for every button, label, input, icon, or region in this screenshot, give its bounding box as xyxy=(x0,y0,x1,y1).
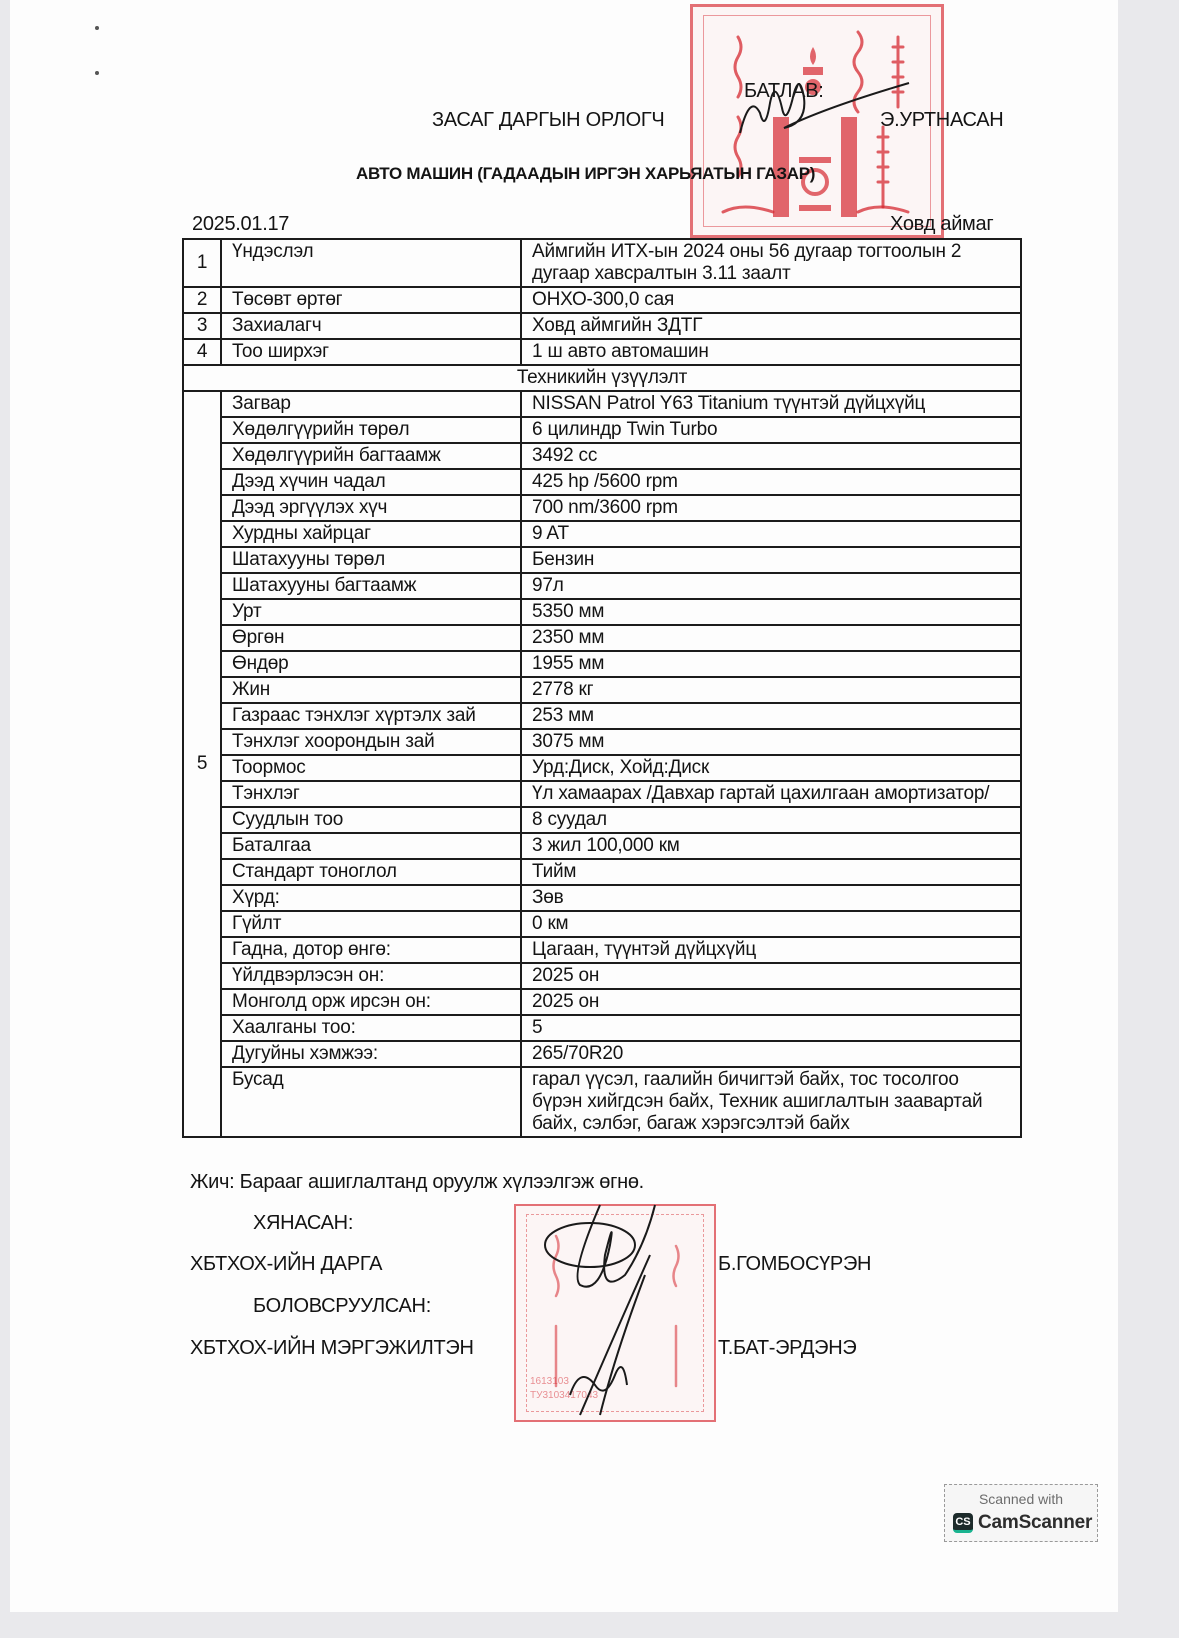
document-date: 2025.01.17 xyxy=(192,213,289,236)
spec-label: Монголд орж ирсэн он: xyxy=(221,989,521,1015)
row-number: 2 xyxy=(183,287,221,313)
table-row: 5ЗагварNISSAN Patrol Y63 Titanium түүнтэ… xyxy=(183,391,1021,417)
table-row: Тэнхлэг хоорондын зай3075 мм xyxy=(183,729,1021,755)
spec-value: 0 км xyxy=(521,911,1021,937)
spec-label: Тэнхлэг хоорондын зай xyxy=(221,729,521,755)
table-row: Дээд эргүүлэх хүч700 nm/3600 rpm xyxy=(183,495,1021,521)
table-row: Бусадгарал үүсэл, гаалийн бичигтэй байх,… xyxy=(183,1067,1021,1137)
preparer-name: Т.БАТ-ЭРДЭНЭ xyxy=(718,1337,856,1360)
watermark-brand: CamScanner xyxy=(978,1512,1092,1534)
row-number: 1 xyxy=(183,239,221,287)
table-row: Хаалганы тоо:5 xyxy=(183,1015,1021,1041)
spec-label: Үйлдвэрлэсэн он: xyxy=(221,963,521,989)
table-row: Гадна, дотор өнгө:Цагаан, түүнтэй дүйцхү… xyxy=(183,937,1021,963)
spec-value: 6 цилиндр Twin Turbo xyxy=(521,417,1021,443)
spec-label: Тоормос xyxy=(221,755,521,781)
spec-value: 5350 мм xyxy=(521,599,1021,625)
spec-label: Бусад xyxy=(221,1067,521,1137)
table-row: Урт5350 мм xyxy=(183,599,1021,625)
spec-value: Бензин xyxy=(521,547,1021,573)
spec-value: 2025 он xyxy=(521,963,1021,989)
table-row: ТоормосУрд:Диск, Хойд:Диск xyxy=(183,755,1021,781)
row-number: 5 xyxy=(183,391,221,1137)
prepared-label: БОЛОВСРУУЛСАН: xyxy=(253,1295,431,1318)
spec-value: 425 hp /5600 rpm xyxy=(521,469,1021,495)
approver-title: ЗАСАГ ДАРГЫН ОРЛОГЧ xyxy=(432,109,664,132)
reviewer-signature-icon xyxy=(530,1195,710,1425)
row-label: Захиалагч xyxy=(221,313,521,339)
table-row: Дээд хүчин чадал425 hp /5600 rpm xyxy=(183,469,1021,495)
preparer-title: ХБТХОХ-ИЙН МЭРГЭЖИЛТЭН xyxy=(190,1337,474,1360)
spec-value: 3492 cc xyxy=(521,443,1021,469)
row-value: 1 ш авто автомашин xyxy=(521,339,1021,365)
spec-label: Баталгаа xyxy=(221,833,521,859)
row-label: Төсөвт өртөг xyxy=(221,287,521,313)
spec-label: Газраас тэнхлэг хүртэлх зай xyxy=(221,703,521,729)
row-value: Ховд аймгийн ЗДТГ xyxy=(521,313,1021,339)
table-row: Баталгаа3 жил 100,000 км xyxy=(183,833,1021,859)
table-row: 3ЗахиалагчХовд аймгийн ЗДТГ xyxy=(183,313,1021,339)
table-row: Стандарт тоноглолТийм xyxy=(183,859,1021,885)
spec-label: Суудлын тоо xyxy=(221,807,521,833)
table-row: Жин2778 кг xyxy=(183,677,1021,703)
spec-label: Дээд эргүүлэх хүч xyxy=(221,495,521,521)
spec-label: Өргөн xyxy=(221,625,521,651)
spec-label: Урт xyxy=(221,599,521,625)
spec-value: 5 xyxy=(521,1015,1021,1041)
table-row: Газраас тэнхлэг хүртэлх зай253 мм xyxy=(183,703,1021,729)
note-text: Жич: Барааг ашиглалтанд оруулж хүлээлгэж… xyxy=(190,1171,644,1194)
spec-value: Тийм xyxy=(521,859,1021,885)
table-row: Дугуйны хэмжээ:265/70R20 xyxy=(183,1041,1021,1067)
spec-label: Жин xyxy=(221,677,521,703)
section-title: Техникийн үзүүлэлт xyxy=(183,365,1021,391)
spec-label: Тэнхлэг xyxy=(221,781,521,807)
spec-value: 1955 мм xyxy=(521,651,1021,677)
watermark-caption: Scanned with xyxy=(945,1491,1097,1507)
spec-value: 700 nm/3600 rpm xyxy=(521,495,1021,521)
table-row: 1ҮндэслэлАймгийн ИТХ-ын 2024 оны 56 дуга… xyxy=(183,239,1021,287)
reviewer-name: Б.ГОМБОСҮРЭН xyxy=(718,1253,871,1276)
table-row: Гүйлт0 км xyxy=(183,911,1021,937)
row-value: Аймгийн ИТХ-ын 2024 оны 56 дугаар тогтоо… xyxy=(521,239,1021,287)
spec-label: Гүйлт xyxy=(221,911,521,937)
table-row: Шатахууны багтаамж97л xyxy=(183,573,1021,599)
spec-value: 97л xyxy=(521,573,1021,599)
spec-label: Шатахууны төрөл xyxy=(221,547,521,573)
spec-label: Гадна, дотор өнгө: xyxy=(221,937,521,963)
reviewed-label: ХЯНАСАН: xyxy=(253,1212,353,1235)
table-row: ТэнхлэгҮл хамаарах /Давхар гартай цахилг… xyxy=(183,781,1021,807)
table-row: Хөдөлгүүрийн төрөл6 цилиндр Twin Turbo xyxy=(183,417,1021,443)
spec-label: Дээд хүчин чадал xyxy=(221,469,521,495)
spec-value: Урд:Диск, Хойд:Диск xyxy=(521,755,1021,781)
spec-value: 9 AT xyxy=(521,521,1021,547)
spec-value: Цагаан, түүнтэй дүйцхүйц xyxy=(521,937,1021,963)
spec-label: Хурдны хайрцаг xyxy=(221,521,521,547)
section-row: Техникийн үзүүлэлт xyxy=(183,365,1021,391)
scan-speck xyxy=(95,26,99,30)
spec-label: Дугуйны хэмжээ: xyxy=(221,1041,521,1067)
table-row: Шатахууны төрөлБензин xyxy=(183,547,1021,573)
row-value: ОНХО-300,0 сая xyxy=(521,287,1021,313)
spec-label: Хаалганы тоо: xyxy=(221,1015,521,1041)
spec-table: 1ҮндэслэлАймгийн ИТХ-ын 2024 оны 56 дуга… xyxy=(182,238,1022,1138)
spec-value: Үл хамаарах /Давхар гартай цахилгаан амо… xyxy=(521,781,1021,807)
spec-value: 8 суудал xyxy=(521,807,1021,833)
document-title: АВТО МАШИН (ГАДААДЫН ИРГЭН ХАРЬЯАТЫН ГАЗ… xyxy=(356,164,815,184)
table-row: Хөдөлгүүрийн багтаамж3492 cc xyxy=(183,443,1021,469)
spec-value: 3075 мм xyxy=(521,729,1021,755)
spec-value: 253 мм xyxy=(521,703,1021,729)
spec-value: гарал үүсэл, гаалийн бичигтэй байх, тос … xyxy=(521,1067,1021,1137)
spec-value: Зөв xyxy=(521,885,1021,911)
table-row: Хүрд:Зөв xyxy=(183,885,1021,911)
approver-signature-icon xyxy=(730,78,910,148)
spec-value: 3 жил 100,000 км xyxy=(521,833,1021,859)
spec-label: Стандарт тоноглол xyxy=(221,859,521,885)
camscanner-watermark: Scanned with CS CamScanner xyxy=(944,1484,1098,1542)
spec-label: Хөдөлгүүрийн төрөл xyxy=(221,417,521,443)
spec-value: 265/70R20 xyxy=(521,1041,1021,1067)
spec-value: 2350 мм xyxy=(521,625,1021,651)
row-label: Үндэслэл xyxy=(221,239,521,287)
spec-label: Хөдөлгүүрийн багтаамж xyxy=(221,443,521,469)
spec-value: 2778 кг xyxy=(521,677,1021,703)
table-row: 2Төсөвт өртөгОНХО-300,0 сая xyxy=(183,287,1021,313)
row-number: 4 xyxy=(183,339,221,365)
reviewer-title: ХБТХОХ-ИЙН ДАРГА xyxy=(190,1253,382,1276)
table-row: Суудлын тоо8 суудал xyxy=(183,807,1021,833)
row-number: 3 xyxy=(183,313,221,339)
row-label: Тоо ширхэг xyxy=(221,339,521,365)
document-location: Ховд аймаг xyxy=(890,213,993,236)
table-row: 4Тоо ширхэг1 ш авто автомашин xyxy=(183,339,1021,365)
table-row: Өргөн2350 мм xyxy=(183,625,1021,651)
table-row: Өндөр1955 мм xyxy=(183,651,1021,677)
table-row: Хурдны хайрцаг9 AT xyxy=(183,521,1021,547)
spec-value: NISSAN Patrol Y63 Titanium түүнтэй дүйцх… xyxy=(521,391,1021,417)
scan-speck xyxy=(95,71,99,75)
spec-label: Загвар xyxy=(221,391,521,417)
table-row: Монголд орж ирсэн он:2025 он xyxy=(183,989,1021,1015)
table-row: Үйлдвэрлэсэн он:2025 он xyxy=(183,963,1021,989)
camscanner-logo-icon: CS xyxy=(953,1513,973,1533)
spec-label: Шатахууны багтаамж xyxy=(221,573,521,599)
spec-label: Хүрд: xyxy=(221,885,521,911)
spec-value: 2025 он xyxy=(521,989,1021,1015)
spec-label: Өндөр xyxy=(221,651,521,677)
